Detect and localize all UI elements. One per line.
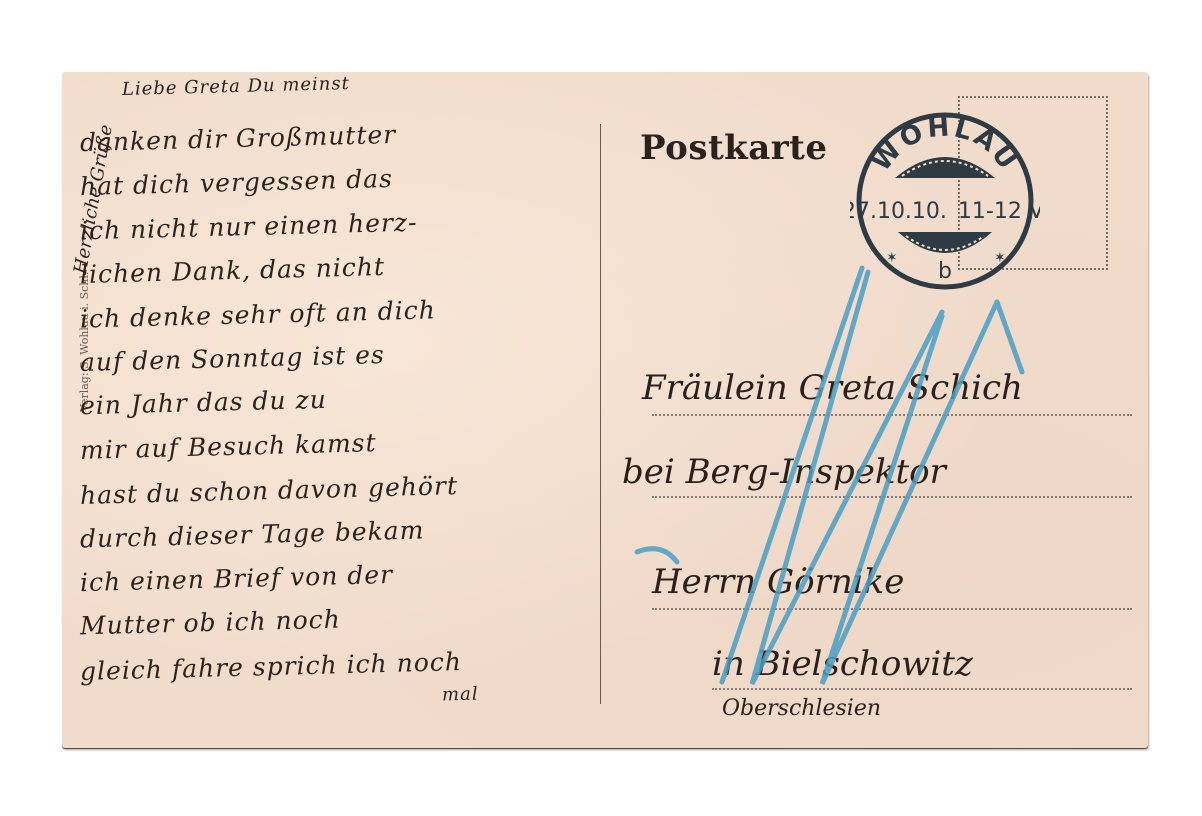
message-line: auf den Sonntag ist es [80, 340, 385, 377]
recipient-region: Oberschlesien [722, 696, 881, 721]
message-line: lichen Dank, das nicht [80, 252, 386, 289]
center-divider [600, 124, 601, 704]
svg-text:✶: ✶ [886, 250, 898, 266]
message-line: Mutter ob ich noch [80, 605, 341, 641]
postmark-time: 11-12 V. [958, 199, 1040, 224]
postmark-stamp: WOHLAU 27.10.10. 11-12 V. ✶ ✶ b [850, 106, 1040, 296]
message-line: ich denke sehr oft an dich [80, 295, 436, 333]
message-line: Liebe Greta Du meinst [122, 73, 350, 100]
postcard: Herzliche Grüße Verlag: S. Wohlau i. Sch… [62, 72, 1148, 748]
message-line: durch dieser Tage bekam [80, 515, 425, 553]
message-line: ich nicht nur einen herz- [80, 208, 418, 246]
message-line: hat dich vergessen das [80, 164, 394, 201]
message-line: hast du schon davon gehört [80, 471, 459, 510]
postmark-date: 27.10.10. [850, 199, 947, 224]
svg-text:27.10.10. 11-12 V.: 27.10.10. 11-12 V. [850, 199, 1040, 224]
recipient-host: Herrn Görnike [652, 562, 904, 602]
recipient-name: Fräulein Greta Schich [642, 368, 1023, 408]
address-rule [652, 608, 1132, 610]
postmark-letter: b [938, 259, 952, 284]
message-line: ich einen Brief von der [80, 560, 394, 597]
recipient-town: in Bielschowitz [712, 644, 973, 684]
recipient-care-of: bei Berg-Inspektor [622, 452, 946, 492]
card-title: Postkarte [640, 128, 828, 168]
address-rule [652, 496, 1132, 498]
address-rule [712, 688, 1132, 690]
message-line: mal [442, 684, 479, 706]
message-line: danken dir Großmutter [80, 120, 397, 157]
address-rule [652, 414, 1132, 416]
message-line: ein Jahr das du zu [80, 385, 327, 420]
message-line: mir auf Besuch kamst [80, 428, 377, 465]
svg-text:✶: ✶ [994, 250, 1006, 266]
message-line: gleich fahre sprich ich noch [80, 647, 463, 686]
